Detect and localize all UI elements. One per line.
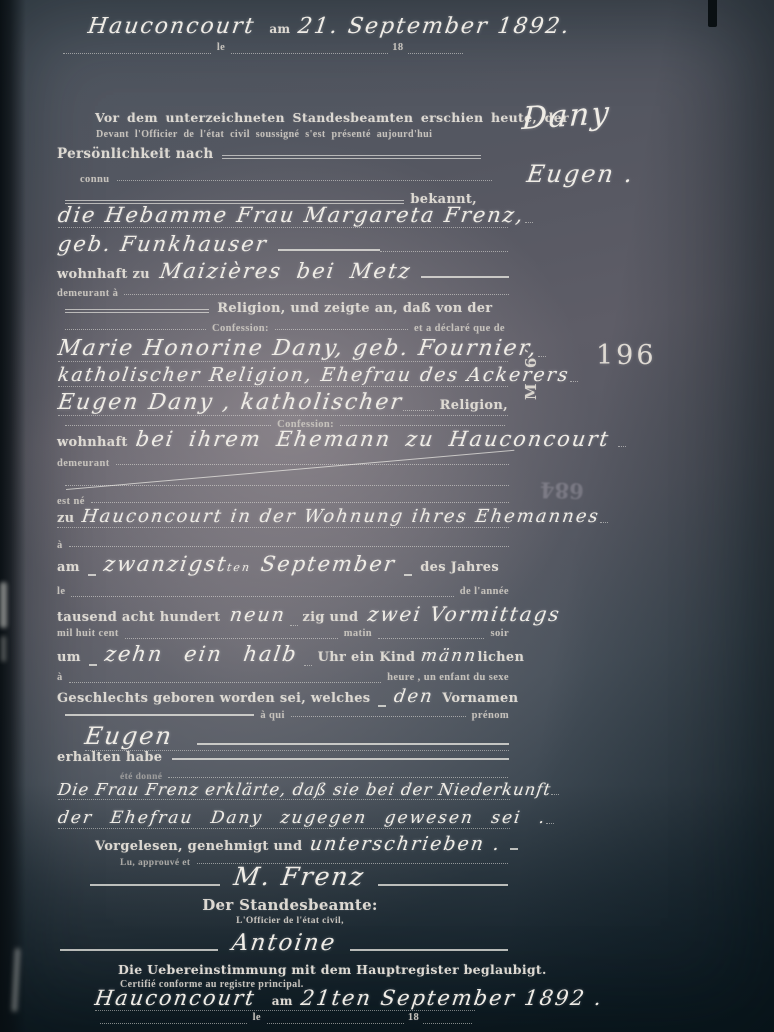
demeurant-line: demeurant à	[57, 288, 509, 299]
solid-rule	[278, 249, 380, 251]
year-prefix-french: mil huit cent	[57, 628, 119, 639]
solid-rule	[510, 848, 518, 850]
birthdate-line: am zwanzigstten September des Jahres	[57, 552, 509, 576]
registrar-title-french-line: L'Officier de l'état civil,	[160, 916, 420, 926]
book-binding-edge	[0, 0, 26, 1032]
year-tens-handwriting: neun	[229, 604, 288, 626]
sex-suffix-german: lichen	[477, 650, 524, 665]
dotted-rule	[546, 823, 554, 824]
margin-surname-handwriting: Dany	[521, 95, 612, 137]
dotted-rule	[91, 502, 509, 503]
dotted-rule	[290, 625, 298, 626]
certification-date-line: Hauconcourt am 21ten September 1892 .	[95, 986, 475, 1011]
mother-religion-line: katholischer Religion, Ehefrau des Acker…	[58, 364, 508, 387]
certification-le-label: le	[253, 1012, 261, 1023]
religion-label: Religion,	[440, 398, 508, 413]
mother-religion-handwriting: katholischer Religion, Ehefrau des Acker…	[56, 364, 571, 386]
dotted-rule	[124, 294, 509, 295]
signed-handwriting: unterschrieben .	[309, 833, 503, 855]
identity-label-french: connu	[80, 174, 109, 185]
residence-label-french-2: demeurant	[57, 458, 110, 469]
certification-am-label: am	[272, 994, 293, 1008]
sex-sentence-german: Geschlechts geboren worden sei, welches	[57, 691, 370, 706]
declared-label-french: et a déclaré que de	[414, 323, 505, 334]
header-rule-line: le 18	[63, 42, 463, 58]
dotted-rule	[231, 53, 388, 54]
dotted-rule	[618, 446, 626, 447]
residence-label-german-2: wohnhaft	[57, 435, 128, 450]
residence-handwriting: Maizières bei Metz	[158, 259, 413, 283]
double-rule	[65, 309, 209, 313]
registrar-title-line: Der Standesbeamte:	[160, 896, 420, 914]
dotted-rule	[403, 410, 434, 411]
father-name-line: Eugen Dany , katholischer Religion,	[58, 390, 508, 416]
declarant-residence-line: wohnhaft zu Maizières bei Metz	[57, 259, 509, 283]
witness-statement-line-1: Die Frau Frenz erklärte, daß sie bei der…	[58, 780, 510, 800]
heure-enfant-label: heure , un enfant du sexe	[387, 672, 509, 683]
residence-label-german: wohnhaft zu	[57, 267, 150, 282]
birth-time-line: um zehn ein halb Uhr ein Kind männ liche…	[57, 642, 509, 666]
a-qui-label: à qui	[260, 710, 284, 721]
solid-rule	[90, 884, 220, 886]
demeurant-line-2: demeurant	[57, 458, 509, 469]
registrar-title-french: L'Officier de l'état civil,	[236, 916, 344, 926]
certification-line-german: Die Uebereinstimmung mit dem Hauptregist…	[118, 962, 547, 977]
dotted-rule	[69, 546, 509, 547]
at-label-german: zu	[57, 511, 74, 526]
heure-line: à heure , un enfant du sexe	[57, 672, 509, 683]
ghost-page-number: 684	[540, 477, 585, 504]
registrar-signature-handwriting: Antoine	[230, 930, 338, 956]
identity-label-german: Persönlichkeit nach	[57, 146, 214, 162]
bookmark-ribbon-tip	[708, 0, 717, 27]
solid-rule	[350, 949, 508, 951]
dotted-rule	[125, 638, 338, 639]
solid-rule	[172, 758, 509, 760]
confession-label: Confession:	[212, 323, 269, 334]
identity-line: Persönlichkeit nach	[57, 146, 481, 162]
dotted-rule	[168, 777, 508, 778]
received-label-german: erhalten habe	[57, 750, 162, 765]
year-mid-german: zig und	[302, 610, 358, 625]
declarant-signature-handwriting: M. Frenz	[232, 862, 367, 891]
certification-year-prefix: 18	[408, 1012, 419, 1023]
dotted-rule	[600, 522, 608, 523]
erhalten-habe-line: erhalten habe	[57, 750, 509, 765]
edge-scuff-mark	[1, 636, 6, 662]
dotted-rule	[408, 53, 463, 54]
intro-german-text: Vor dem unterzeichneten Standesbeamten e…	[95, 110, 569, 125]
certification-place-handwriting: Hauconcourt	[93, 986, 257, 1010]
time-label-french: à	[57, 672, 63, 683]
le-annee-line: le de l'année	[57, 586, 509, 597]
time-handwriting: zehn ein halb	[103, 642, 299, 666]
header-place-handwriting: Hauconcourt	[86, 14, 257, 39]
solid-rule	[197, 743, 509, 745]
solid-rule	[60, 949, 218, 951]
mother-name-line: Marie Honorine Dany, geb. Fournier,	[58, 336, 508, 362]
registrar-title-german: Der Standesbeamte:	[202, 896, 378, 914]
dotted-rule	[100, 1023, 247, 1024]
dotted-rule	[117, 180, 492, 181]
on-label-french: le	[57, 586, 65, 597]
dotted-rule	[380, 251, 508, 252]
dotted-rule	[291, 716, 466, 717]
soir-label: soir	[490, 628, 509, 639]
year-label-german: des Jahres	[420, 560, 499, 575]
solid-rule	[404, 574, 412, 576]
intro-line-german: Vor dem unterzeichneten Standesbeamten e…	[95, 110, 569, 125]
parents-residence-line: wohnhaft bei ihrem Ehemann zu Hauconcour…	[57, 427, 509, 451]
dotted-rule	[304, 665, 312, 666]
residence-label-french: demeurant à	[57, 288, 118, 299]
dotted-rule	[423, 1023, 472, 1024]
dotted-rule	[116, 464, 509, 465]
page-number: 196	[596, 340, 657, 371]
father-handwriting: Eugen Dany , katholischer	[56, 390, 404, 415]
certification-rule-line: le 18	[100, 1012, 472, 1028]
header-date-handwriting: 21. September 1892.	[297, 14, 573, 39]
matin-label: matin	[344, 628, 372, 639]
solid-rule	[421, 276, 509, 278]
intro-french-text: Devant l'Officier de l'état civil soussi…	[96, 129, 432, 140]
connu-line: connu	[80, 174, 492, 185]
religion-line: Religion, und zeigte an, daß von der	[65, 301, 505, 316]
header-year-prefix: 18	[392, 42, 403, 53]
header-am-label: am	[269, 22, 290, 36]
dotted-rule	[65, 485, 509, 486]
child-name-line: Eugen	[85, 722, 509, 751]
double-rule	[222, 155, 481, 159]
vorgelesen-line: Vorgelesen, genehmigt und unterschrieben…	[95, 833, 509, 855]
a-line: à	[57, 540, 509, 551]
read-approved-german: Vorgelesen, genehmigt und	[95, 839, 302, 854]
sex-handwriting: männ	[420, 646, 479, 666]
confession-line-1: Confession: et a déclaré que de	[65, 323, 505, 334]
dotted-rule	[63, 53, 211, 54]
solid-rule	[378, 884, 508, 886]
dotted-rule	[551, 794, 559, 795]
clock-label-german: Uhr ein Kind	[318, 650, 416, 665]
mother-handwriting: Marie Honorine Dany, geb. Fournier,	[56, 336, 539, 361]
religion-statement: Religion, und zeigte an, daß von der	[217, 301, 492, 316]
registry-page-photo: Hauconcourt am 21. September 1892. le 18…	[0, 0, 774, 1032]
dotted-rule	[65, 425, 271, 426]
margin-surname: Dany	[521, 95, 612, 137]
edge-scuff-mark	[0, 582, 7, 628]
year-label-french: de l'année	[460, 586, 509, 597]
birthname-handwriting: geb. Funkhauser	[56, 232, 269, 256]
dotted-rule	[525, 222, 533, 223]
declarant-birthname-line: geb. Funkhauser	[58, 232, 508, 256]
declarant-name-line: die Hebamme Frau Margareta Frenz,	[58, 203, 508, 228]
child-name-handwriting: Eugen	[83, 722, 175, 750]
header-date-line: Hauconcourt am 21. September 1892.	[88, 14, 472, 39]
dotted-rule	[267, 1023, 404, 1024]
dotted-rule	[340, 425, 505, 426]
dotted-rule	[69, 682, 382, 683]
firstname-label-german: Vornamen	[442, 691, 518, 706]
at-label-french: à	[57, 540, 63, 551]
margin-given-name: Eugen .	[527, 160, 634, 188]
witness-statement-handwriting-1: Die Frau Frenz erklärte, daß sie bei der…	[57, 780, 553, 799]
dotted-rule	[570, 381, 578, 382]
film-code-stamp: M 6′	[522, 318, 540, 400]
witness-statement-handwriting-2: der Ehefrau Dany zugegen gewesen sei .	[57, 808, 548, 828]
declarant-handwriting: die Hebamme Frau Margareta Frenz,	[56, 203, 526, 227]
header-le-label: le	[217, 42, 225, 53]
prenom-label: prénom	[472, 710, 509, 721]
registrar-signature-line: Antoine	[60, 930, 508, 956]
intro-line-french: Devant l'Officier de l'état civil soussi…	[96, 129, 432, 140]
parents-residence-handwriting: bei ihrem Ehemann zu Hauconcourt	[134, 427, 611, 451]
solid-rule	[378, 705, 386, 707]
article-handwriting: den	[393, 686, 436, 707]
witness-statement-line-2: der Ehefrau Dany zugegen gewesen sei .	[58, 808, 510, 829]
birthplace-line: zu Hauconcourt in der Wohnung ihres Ehem…	[57, 506, 509, 528]
margin-given-name-handwriting: Eugen .	[525, 160, 636, 188]
dotted-rule	[65, 329, 206, 330]
dotted-rule	[275, 329, 408, 330]
certification-german: Die Uebereinstimmung mit dem Hauptregist…	[118, 962, 547, 977]
year-units-handwriting: zwei Vormittags	[367, 602, 563, 626]
time-label-german: um	[57, 650, 81, 665]
a-qui-line: à qui prénom	[65, 710, 509, 721]
mil-huit-cent-line: mil huit cent matin soir	[57, 628, 509, 639]
solid-rule	[88, 574, 96, 576]
solid-rule	[89, 664, 97, 666]
month-handwriting: September	[260, 552, 398, 576]
certification-date-handwriting: 21ten September 1892 .	[299, 986, 605, 1010]
declarant-signature-line: M. Frenz	[90, 862, 508, 891]
dotted-rule	[71, 596, 453, 597]
day-suffix-handwriting: ten	[226, 561, 252, 574]
on-label-german: am	[57, 560, 80, 575]
dotted-rule	[378, 638, 484, 639]
birthplace-handwriting: Hauconcourt in der Wohnung ihres Ehemann…	[81, 506, 602, 527]
day-handwriting: zwanzigst	[102, 552, 229, 576]
solid-rule	[65, 714, 254, 716]
year-line: tausend acht hundert neun zig und zwei V…	[57, 602, 527, 626]
sex-sentence-line: Geschlechts geboren worden sei, welches …	[57, 686, 509, 707]
year-prefix-german: tausend acht hundert	[57, 610, 220, 625]
